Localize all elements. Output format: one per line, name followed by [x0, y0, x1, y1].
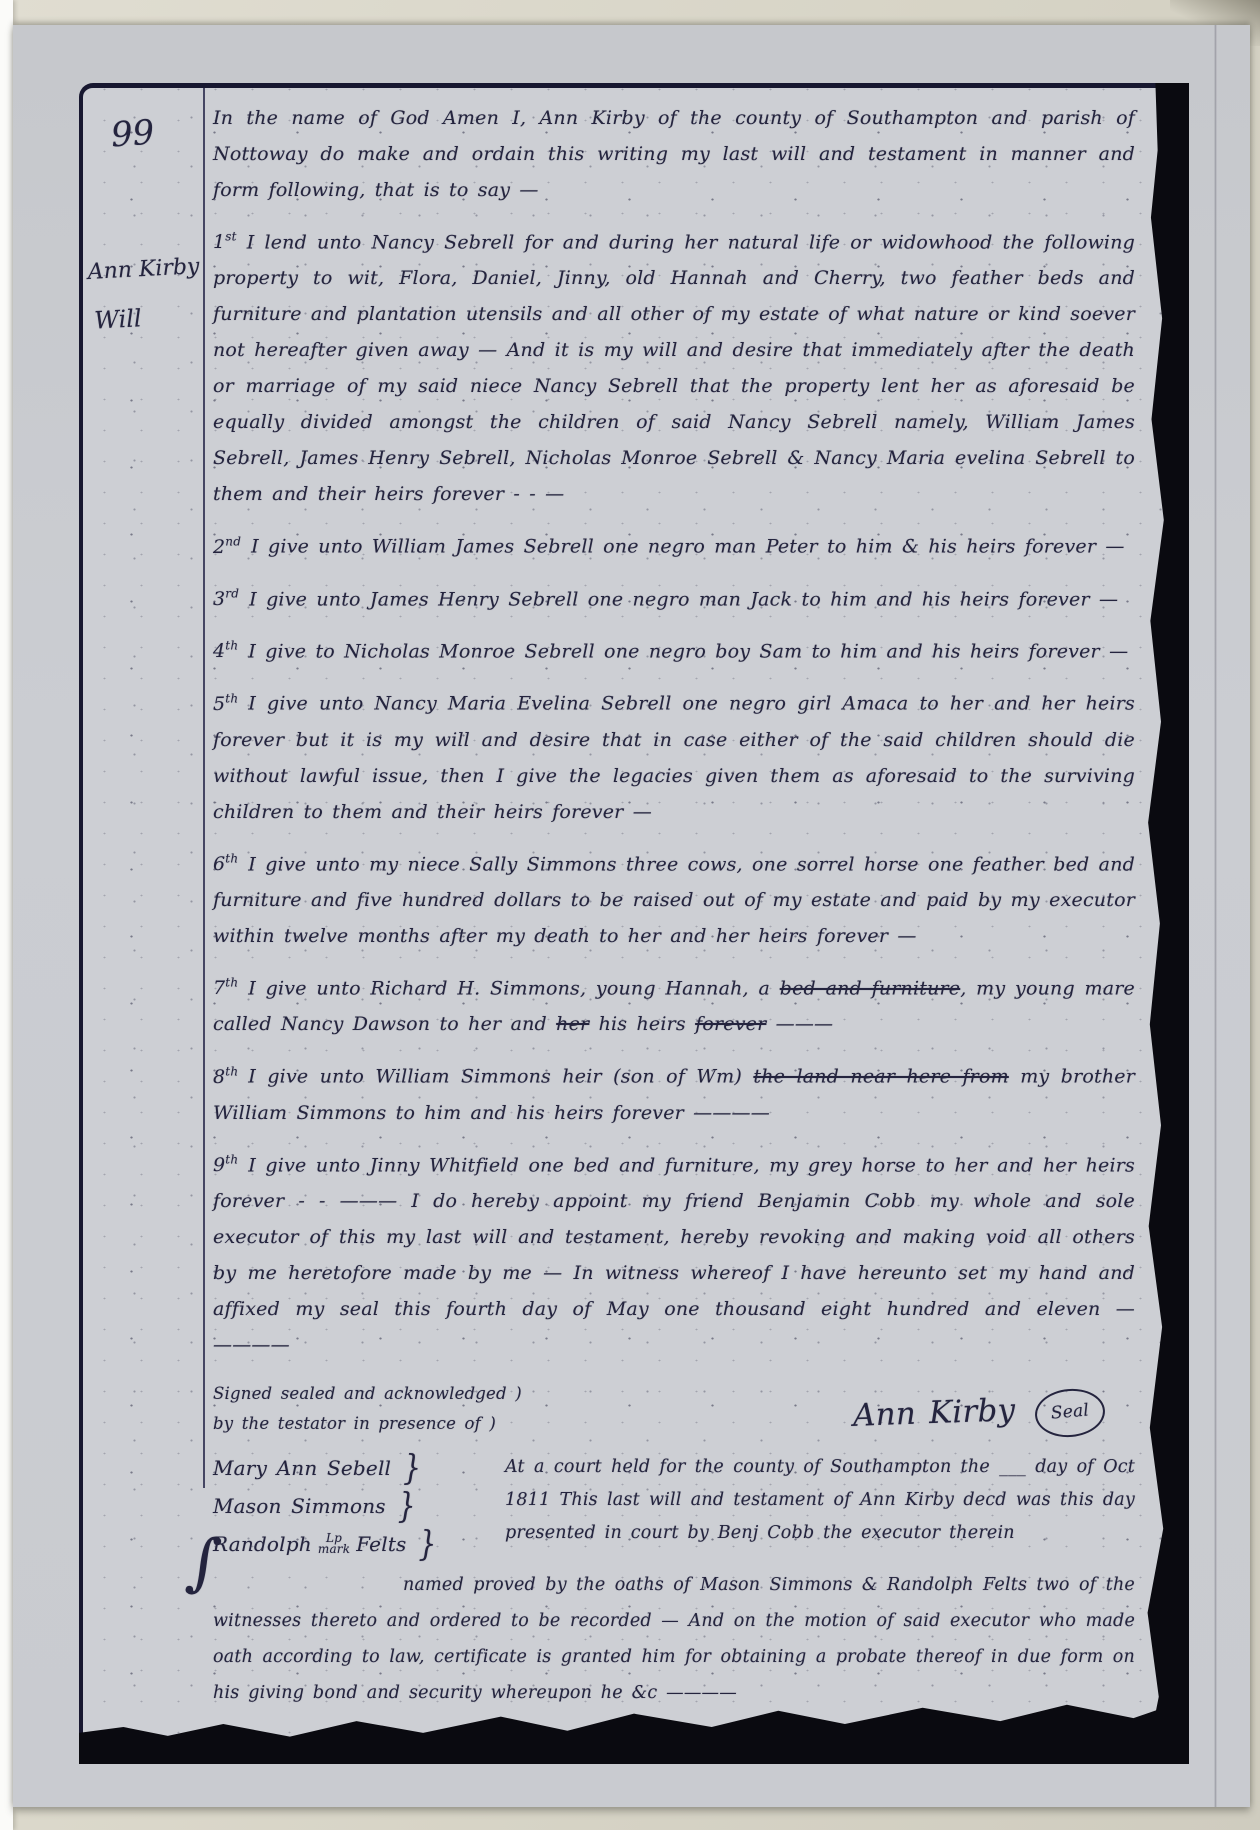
attestation-line-2: by the testator in presence of ) — [213, 1409, 663, 1439]
book-page-left-edge — [0, 0, 13, 1830]
will-clause: 9thI give unto Jinny Whitfield one bed a… — [213, 1142, 1135, 1363]
margin-note: Ann Kirby Will — [87, 243, 204, 345]
testator-signature: Ann Kirby — [852, 1392, 1015, 1434]
will-clause: 2ndI give unto William James Sebrell one… — [213, 523, 1135, 564]
will-clause: 1stI lend unto Nancy Sebrell for and dur… — [213, 219, 1135, 512]
witness-probate-row: Mary Ann Sebell}Mason Simmons}RandolphLp… — [213, 1449, 1135, 1563]
attestation-line-1: Signed sealed and acknowledged ) — [213, 1379, 663, 1409]
witness-name: Mason Simmons} — [213, 1487, 505, 1525]
will-clause: 3rdI give unto James Henry Sebrell one n… — [213, 576, 1135, 617]
will-clause: 8thI give unto William Simmons heir (son… — [213, 1053, 1135, 1130]
will-clauses: In the name of God Amen I, Ann Kirby of … — [213, 100, 1135, 1363]
margin-note-will: Will — [93, 291, 203, 345]
will-clause: 4thI give to Nicholas Monroe Sebrell one… — [213, 628, 1135, 669]
photocopy-scan-area: 99 Ann Kirby Will ∫ In the name of God A… — [79, 83, 1189, 1764]
will-clause: 6thI give unto my niece Sally Simmons th… — [213, 841, 1135, 954]
page-fold-line — [1214, 25, 1217, 1807]
will-body-text: In the name of God Amen I, Ann Kirby of … — [213, 100, 1135, 1711]
will-clause: 5thI give unto Nancy Maria Evelina Sebre… — [213, 680, 1135, 829]
probate-text-beside: At a court held for the county of Southa… — [505, 1449, 1135, 1563]
margin-rule-line — [203, 88, 205, 1488]
witness-brace: } — [419, 1520, 437, 1568]
signature-area: Ann Kirby Seal — [853, 1389, 1135, 1437]
witness-list: Mary Ann Sebell}Mason Simmons}RandolphLp… — [213, 1449, 505, 1563]
will-clause: In the name of God Amen I, Ann Kirby of … — [213, 100, 1135, 208]
witness-name: Mary Ann Sebell} — [213, 1449, 505, 1487]
margin-note-name: Ann Kirby — [87, 243, 201, 297]
witness-brace: } — [398, 1482, 416, 1530]
page-number: 99 — [110, 113, 156, 156]
witness-name: RandolphLpmarkFelts} — [213, 1525, 505, 1563]
witness-mark: Lpmark — [318, 1533, 350, 1555]
photographed-page: 99 Ann Kirby Will ∫ In the name of God A… — [13, 25, 1250, 1807]
photocopy-dark-band-right — [1133, 83, 1189, 1764]
seal-stamp: Seal — [1033, 1386, 1107, 1440]
photo-background: 99 Ann Kirby Will ∫ In the name of God A… — [0, 0, 1260, 1830]
probate-text-below: named proved by the oaths of Mason Simmo… — [213, 1567, 1135, 1711]
attestation-block: Signed sealed and acknowledged ) by the … — [213, 1379, 1135, 1439]
will-clause: 7thI give unto Richard H. Simmons, young… — [213, 965, 1135, 1042]
attestation-lines: Signed sealed and acknowledged ) by the … — [213, 1379, 663, 1439]
